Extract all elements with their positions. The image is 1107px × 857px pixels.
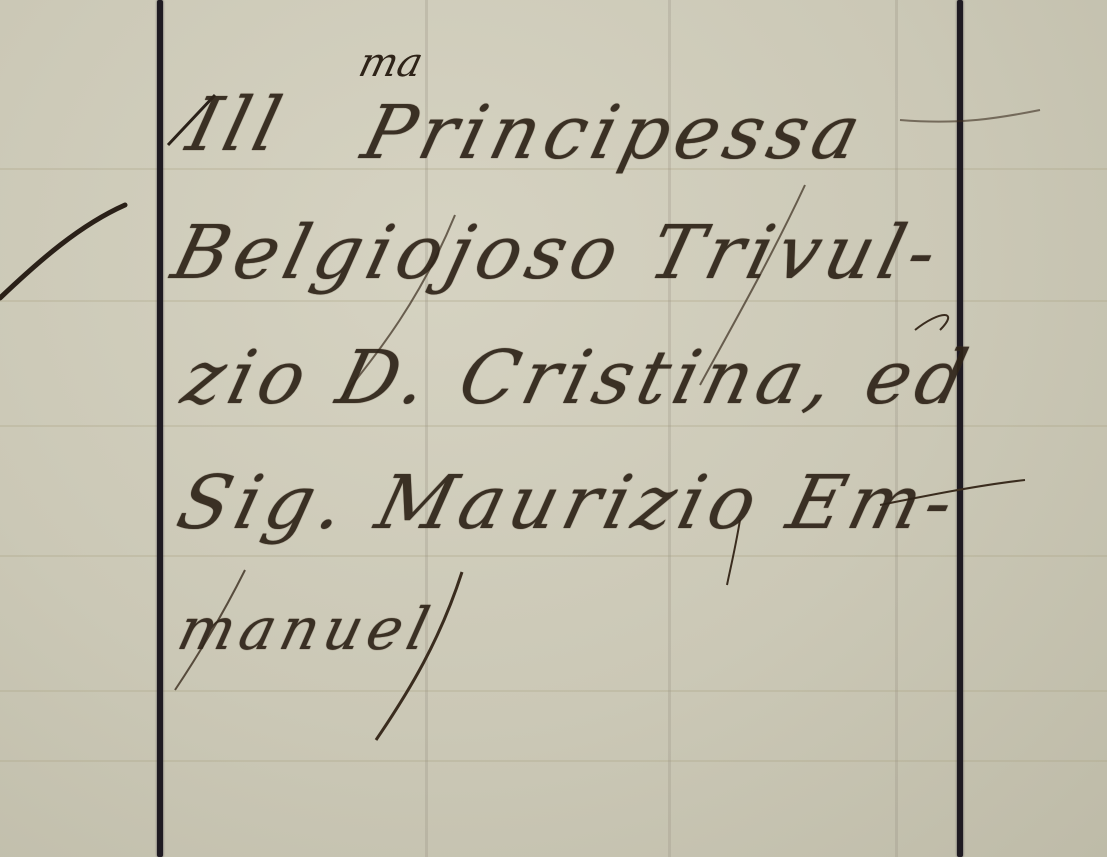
handwriting-line-4: Sig. Maurizio Em- [169, 460, 968, 546]
handwriting-line-1: Principessa [354, 90, 874, 176]
handwriting-superscript: ma [354, 40, 427, 86]
handwriting-line-2: Belgiojoso Trivul- [164, 210, 951, 296]
handwriting-line-5: manuel [172, 595, 442, 663]
handwriting-line-3: zio D. Cristina, ed [174, 335, 981, 421]
